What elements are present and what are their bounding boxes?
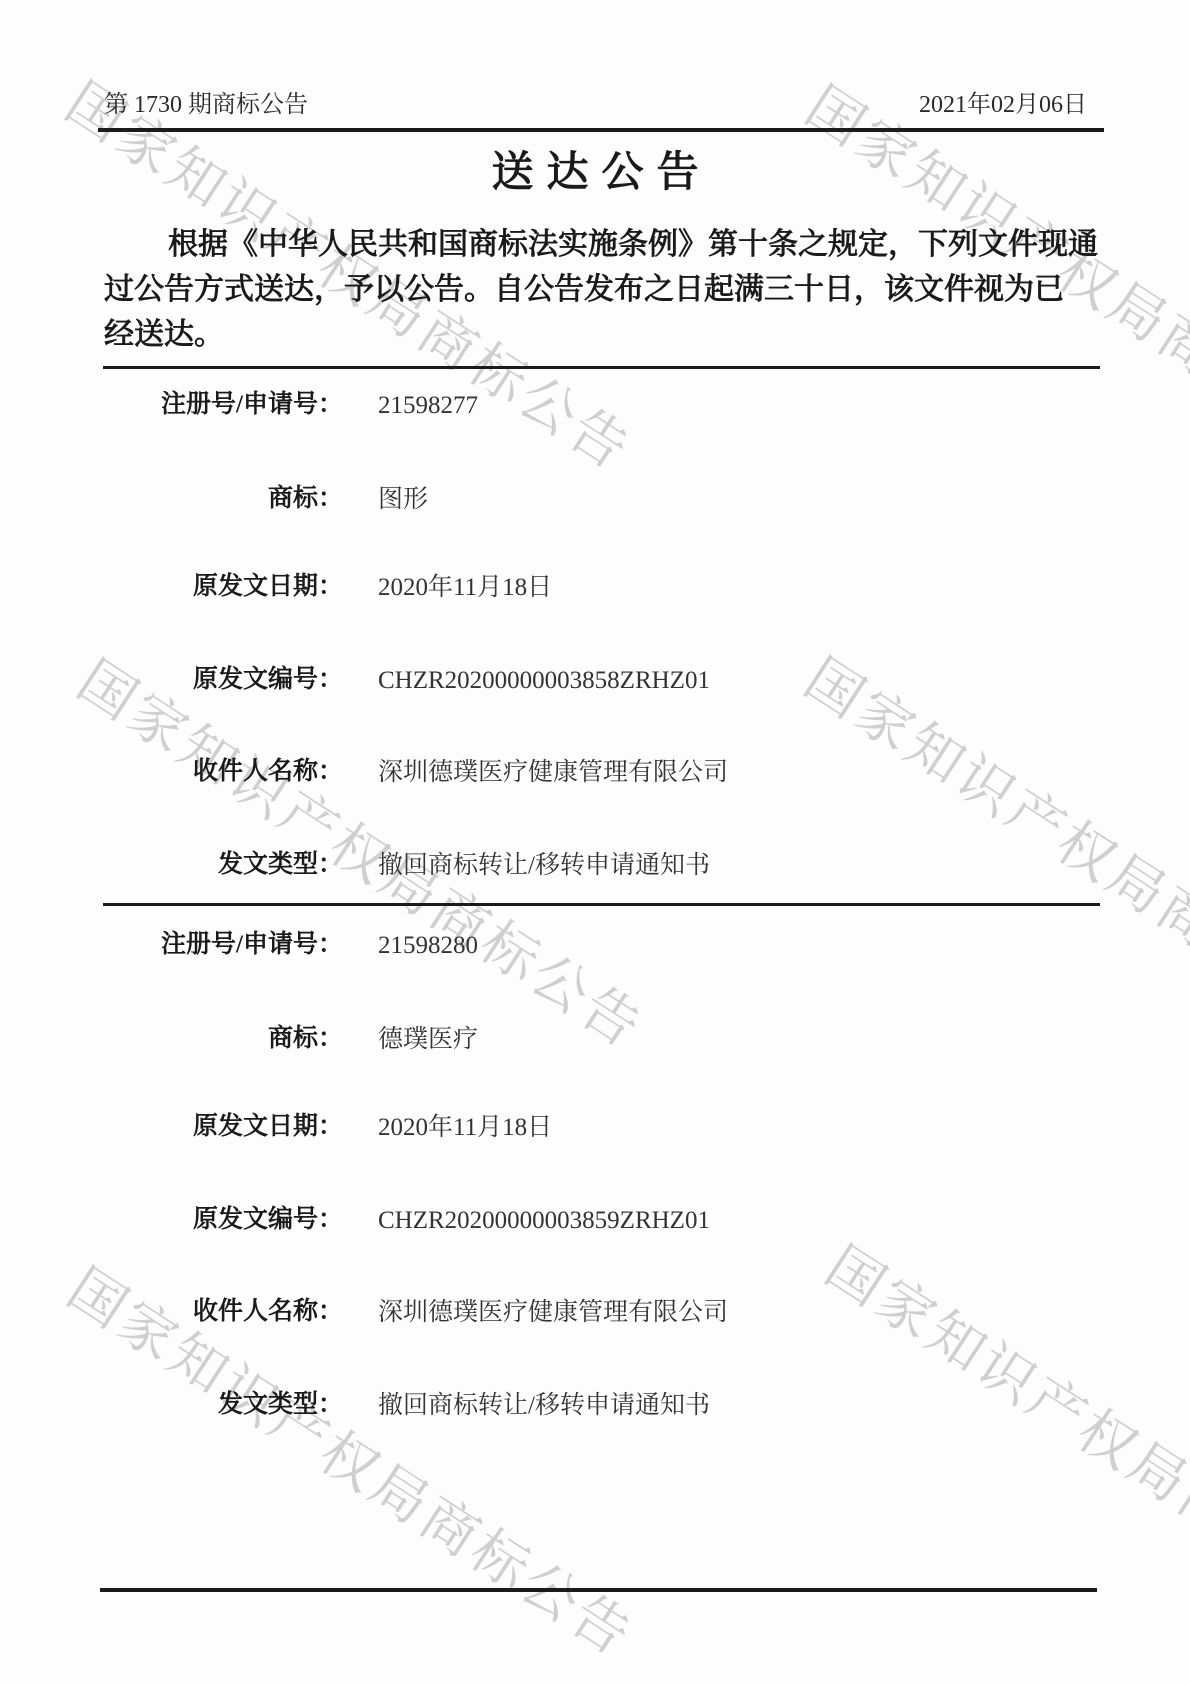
field-label: 注册号/申请号： xyxy=(100,390,343,420)
field-row-recipient-name: 收件人名称： 深圳德璞医疗健康管理有限公司 xyxy=(100,757,1100,791)
field-label: 原发文编号： xyxy=(100,665,343,695)
field-row-original-issue-date: 原发文日期： 2020年11月18日 xyxy=(100,1112,1100,1146)
field-row-document-type: 发文类型： 撤回商标转让/移转申请通知书 xyxy=(100,850,1100,884)
field-label: 原发文日期： xyxy=(100,1112,343,1142)
field-label: 发文类型： xyxy=(100,1390,343,1420)
field-value: 21598280 xyxy=(378,931,478,961)
field-value: CHZR20200000003858ZRHZ01 xyxy=(378,666,710,696)
field-value: CHZR20200000003859ZRHZ01 xyxy=(378,1206,710,1236)
field-value: 撤回商标转让/移转申请通知书 xyxy=(378,851,710,881)
field-value: 2020年11月18日 xyxy=(378,1113,552,1143)
field-row-trademark: 商标： 德璞医疗 xyxy=(100,1024,1100,1058)
field-row-registration-number: 注册号/申请号： 21598280 xyxy=(100,930,1100,964)
record-2: 注册号/申请号： 21598280 商标： 德璞医疗 原发文日期： 2020年1… xyxy=(100,930,1100,1430)
gazette-page: { "page": { "header": { "issue_label": "… xyxy=(0,0,1190,1684)
field-label: 原发文日期： xyxy=(100,572,343,602)
intro-line-1: 根据《中华人民共和国商标法实施条例》第十条之规定，下列文件现通 xyxy=(104,222,1094,267)
field-row-recipient-name: 收件人名称： 深圳德璞医疗健康管理有限公司 xyxy=(100,1297,1100,1331)
field-label: 原发文编号： xyxy=(100,1205,343,1235)
intro-paragraph: 根据《中华人民共和国商标法实施条例》第十条之规定，下列文件现通 过公告方式送达，… xyxy=(104,222,1094,357)
header-issue-label: 第 1730 期商标公告 xyxy=(104,90,308,120)
document-content: 第 1730 期商标公告 2021年02月06日 送达公告 根据《中华人民共和国… xyxy=(0,0,1190,1684)
field-row-original-document-number: 原发文编号： CHZR20200000003858ZRHZ01 xyxy=(100,665,1100,699)
field-row-original-issue-date: 原发文日期： 2020年11月18日 xyxy=(100,572,1100,606)
field-row-trademark: 商标： 图形 xyxy=(100,484,1100,518)
field-label: 商标： xyxy=(100,484,343,514)
field-value: 图形 xyxy=(378,485,428,515)
section-rule-middle xyxy=(103,903,1100,906)
field-value: 深圳德璞医疗健康管理有限公司 xyxy=(378,758,728,788)
header-date: 2021年02月06日 xyxy=(919,90,1087,120)
field-label: 发文类型： xyxy=(100,850,343,880)
intro-line-2: 过公告方式送达，予以公告。自公告发布之日起满三十日，该文件视为已 xyxy=(104,267,1094,312)
field-row-registration-number: 注册号/申请号： 21598277 xyxy=(100,390,1100,424)
field-row-document-type: 发文类型： 撤回商标转让/移转申请通知书 xyxy=(100,1390,1100,1424)
field-value: 21598277 xyxy=(378,391,478,421)
record-1: 注册号/申请号： 21598277 商标： 图形 原发文日期： 2020年11月… xyxy=(100,390,1100,890)
page-bottom-rule xyxy=(100,1588,1097,1592)
field-value: 深圳德璞医疗健康管理有限公司 xyxy=(378,1298,728,1328)
intro-line-3: 经送达。 xyxy=(104,312,1094,357)
header-rule xyxy=(98,128,1104,132)
field-label: 注册号/申请号： xyxy=(100,930,343,960)
field-row-original-document-number: 原发文编号： CHZR20200000003859ZRHZ01 xyxy=(100,1205,1100,1239)
field-label: 收件人名称： xyxy=(100,1297,343,1327)
field-value: 德璞医疗 xyxy=(378,1025,478,1055)
field-label: 收件人名称： xyxy=(100,757,343,787)
field-value: 2020年11月18日 xyxy=(378,573,552,603)
page-title: 送达公告 xyxy=(0,150,1190,196)
section-rule-top xyxy=(103,366,1100,369)
field-value: 撤回商标转让/移转申请通知书 xyxy=(378,1391,710,1421)
field-label: 商标： xyxy=(100,1024,343,1054)
